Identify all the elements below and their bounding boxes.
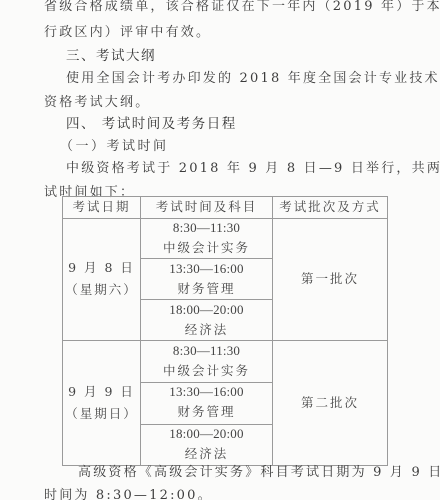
table-cell-subject: 中级会计实务 [141, 240, 272, 256]
row-divider [140, 382, 272, 383]
table-cell-time: 8:30—11:30 [141, 220, 272, 236]
table-cell-time: 13:30—16:00 [141, 384, 272, 400]
table-cell-subject: 经济法 [141, 446, 272, 462]
paragraph-line: 中级资格考试于 2018 年 9 月 8 日—9 日举行，共两个批次。具体考 [66, 161, 440, 177]
column-divider [272, 197, 273, 465]
table-cell-subject: 中级会计实务 [141, 363, 272, 379]
paragraph-line: 使用全国会计考办印发的 2018 年度全国会计专业技术资格中、高级 [66, 71, 440, 87]
group-divider [63, 340, 387, 341]
header-divider [63, 218, 387, 219]
paragraph-line: 高级资格《高级会计实务》科目考试日期为 9 月 9 日（星期日），考试 [78, 465, 440, 481]
paragraph-line: 行政区内）评审中有效。 [44, 25, 211, 41]
table-cell-time: 18:00—20:00 [141, 302, 272, 318]
section-heading-schedule: 四、 考试时间及考务日程 [66, 116, 237, 132]
section-heading-syllabus: 三、考试大纲 [66, 48, 156, 64]
paragraph-line: 时间为 8:30—12:00。 [44, 488, 213, 500]
exam-schedule-table: 考试日期 考试时间及科目 考试批次及方式 9 月 8 日 （星期六） 第一批次 … [62, 196, 388, 466]
table-cell-date: 9 月 9 日 [63, 384, 140, 400]
table-cell-time: 13:30—16:00 [141, 261, 272, 277]
table-cell-batch: 第二批次 [273, 395, 387, 411]
table-cell-batch: 第一批次 [273, 271, 387, 287]
table-cell-subject: 经济法 [141, 322, 272, 338]
table-cell-weekday: （星期六） [63, 282, 140, 298]
table-cell-time: 18:00—20:00 [141, 426, 272, 442]
table-cell-date: 9 月 8 日 [63, 260, 140, 276]
table-cell-subject: 财务管理 [141, 404, 272, 420]
table-header-batch: 考试批次及方式 [273, 199, 387, 215]
row-divider [140, 299, 272, 300]
table-cell-time: 8:30—11:30 [141, 343, 272, 359]
table-cell-weekday: （星期日） [63, 406, 140, 422]
row-divider [140, 258, 272, 259]
table-header-time-subject: 考试时间及科目 [141, 199, 272, 215]
subsection-heading-exam-time: （一）考试时间 [60, 139, 169, 155]
row-divider [140, 424, 272, 425]
table-cell-subject: 财务管理 [141, 281, 272, 297]
table-header-date: 考试日期 [63, 199, 140, 215]
paragraph-line: 资格考试大纲。 [44, 95, 150, 111]
paragraph-line: 省级合格成绩单，该合格证仅在下一年内（2019 年）于本地区（云南省 [44, 0, 440, 15]
